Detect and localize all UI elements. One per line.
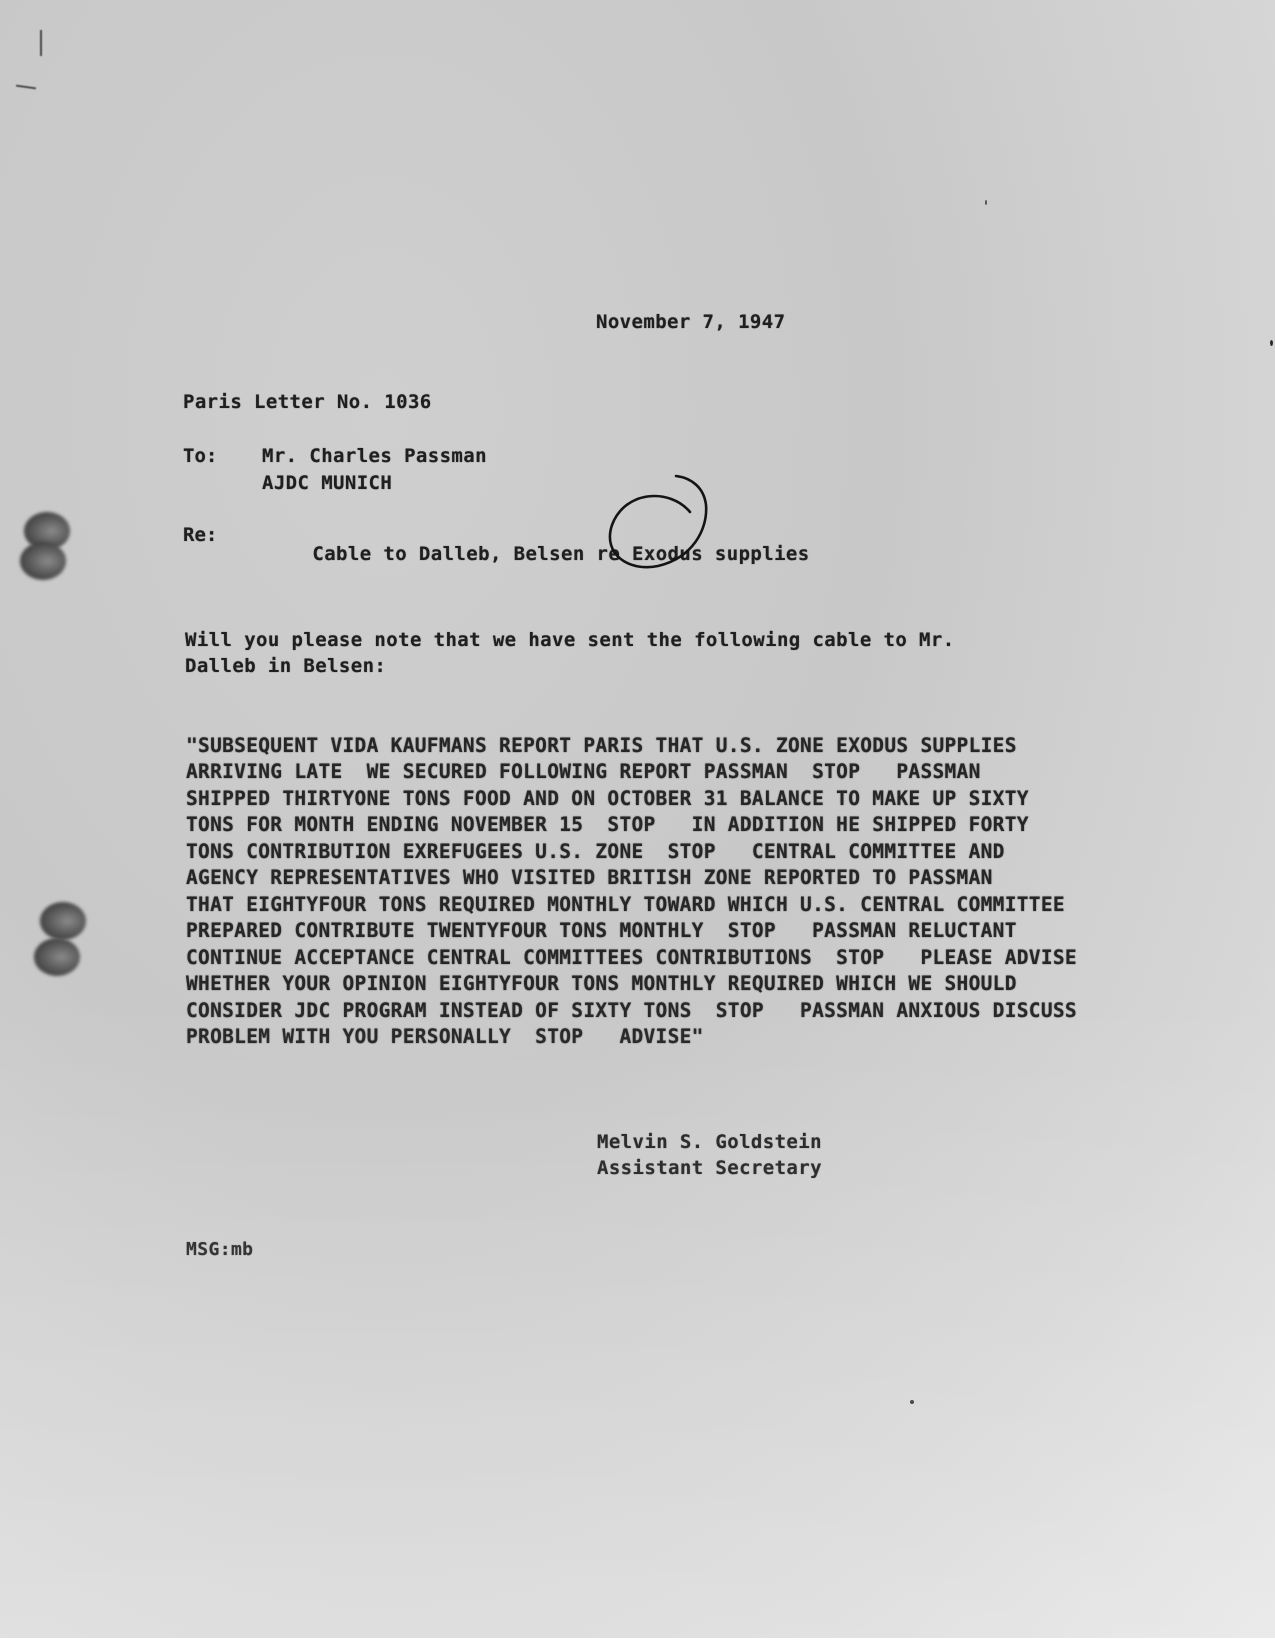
- signature-title: Assistant Secretary: [597, 1159, 822, 1178]
- punch-hole: [20, 542, 66, 580]
- cable-line: ARRIVING LATE WE SECURED FOLLOWING REPOR…: [186, 762, 981, 782]
- letter-date: November 7, 1947: [596, 313, 785, 332]
- stray-mark: [16, 85, 36, 90]
- cable-line: CONSIDER JDC PROGRAM INSTEAD OF SIXTY TO…: [186, 1001, 1077, 1021]
- to-label: To:: [183, 447, 217, 466]
- cable-line: CONTINUE ACCEPTANCE CENTRAL COMMITTEES C…: [186, 948, 1077, 968]
- letter-reference: Paris Letter No. 1036: [183, 393, 432, 412]
- cable-line: PREPARED CONTRIBUTE TWENTYFOUR TONS MONT…: [186, 921, 1017, 941]
- cable-line: THAT EIGHTYFOUR TONS REQUIRED MONTHLY TO…: [186, 895, 1065, 915]
- pen-circle-annotation: [600, 470, 720, 575]
- recipient-organization: AJDC MUNICH: [262, 474, 392, 493]
- punch-hole: [40, 902, 86, 940]
- re-label: Re:: [183, 526, 217, 545]
- intro-line: Dalleb in Belsen:: [185, 657, 386, 676]
- page-bottom-edge: [0, 1638, 1275, 1650]
- subject-prefix: Cable to Dalleb, Belsen re: [312, 543, 632, 565]
- cable-line: TONS CONTRIBUTION EXREFUGEES U.S. ZONE S…: [186, 842, 1005, 862]
- subject-line: Cable to Dalleb, Belsen re Exodus suppli…: [265, 526, 810, 583]
- punch-hole: [34, 938, 80, 976]
- cable-line: "SUBSEQUENT VIDA KAUFMANS REPORT PARIS T…: [186, 736, 1017, 756]
- cable-line: SHIPPED THIRTYONE TONS FOOD AND ON OCTOB…: [186, 789, 1029, 809]
- cable-line: PROBLEM WITH YOU PERSONALLY STOP ADVISE": [186, 1027, 704, 1047]
- speck: [1270, 340, 1273, 346]
- speck: [985, 200, 987, 205]
- typist-initials: MSG:mb: [186, 1241, 253, 1259]
- signature-name: Melvin S. Goldstein: [597, 1133, 822, 1152]
- cable-line: TONS FOR MONTH ENDING NOVEMBER 15 STOP I…: [186, 815, 1029, 835]
- intro-line: Will you please note that we have sent t…: [185, 631, 955, 650]
- cable-line: WHETHER YOUR OPINION EIGHTYFOUR TONS MON…: [186, 974, 1017, 994]
- speck: [910, 1400, 914, 1404]
- recipient-name: Mr. Charles Passman: [262, 447, 487, 466]
- stray-mark: [40, 30, 42, 56]
- scanned-letter-page: November 7, 1947 Paris Letter No. 1036 T…: [0, 0, 1275, 1650]
- cable-line: AGENCY REPRESENTATIVES WHO VISITED BRITI…: [186, 868, 993, 888]
